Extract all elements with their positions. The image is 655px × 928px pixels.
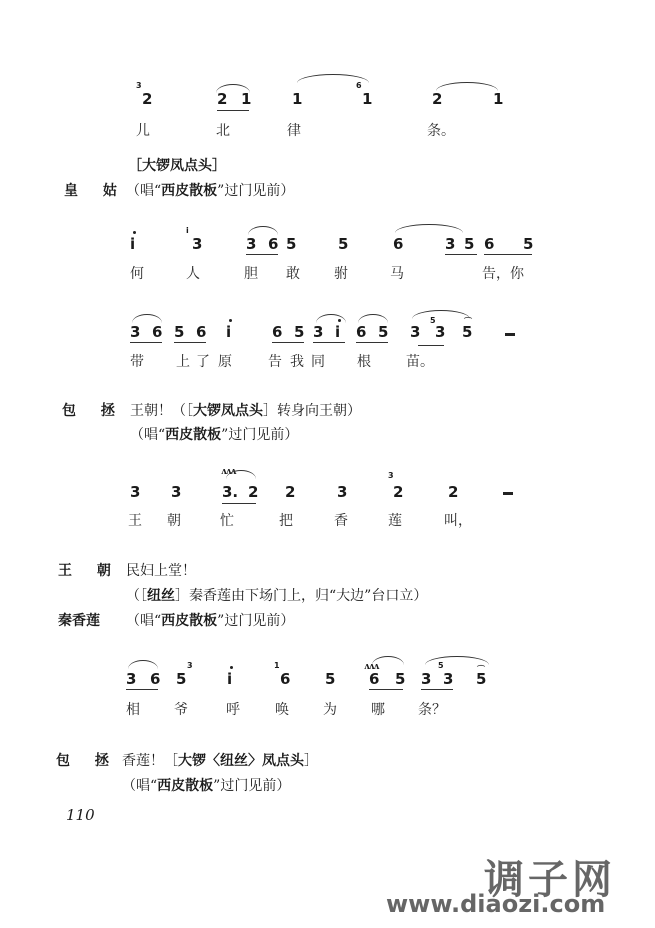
note: 5 — [395, 672, 405, 687]
underline-beam — [421, 689, 453, 690]
lyric: 朝 — [167, 514, 181, 528]
note: 5 — [294, 325, 304, 340]
lyric: 相 — [126, 703, 140, 717]
high-octave-dot — [338, 319, 341, 322]
role-name: 秦香莲 — [58, 610, 100, 630]
lyric: 驸 — [334, 267, 348, 281]
underline-beam — [217, 110, 249, 111]
note: 3 — [246, 237, 256, 252]
note: 6 — [369, 672, 379, 687]
lyric: 莲 — [388, 514, 402, 528]
lyric: 把 — [279, 514, 293, 528]
spoken-line: 王朝！（［大锣凤点头］转身向王朝） — [130, 400, 361, 420]
slur — [395, 224, 463, 233]
grace-note: 3 — [136, 82, 142, 90]
note: 6 — [484, 237, 494, 252]
lyric: 告 — [268, 355, 282, 369]
slur — [316, 314, 346, 323]
lyric: 律 — [287, 124, 301, 138]
grace-note: 6 — [356, 82, 362, 90]
lyric: 条？ — [418, 703, 446, 717]
lyric: 哪 — [371, 703, 385, 717]
note: 3 — [443, 672, 453, 687]
note: 3 — [130, 325, 140, 340]
note: 6 — [150, 672, 160, 687]
grace-note: 5 — [438, 662, 444, 670]
note: i — [335, 325, 340, 340]
underline-beam — [484, 254, 532, 255]
note: 1 — [241, 92, 251, 107]
sustain-dash — [503, 492, 513, 495]
role-name: 包 拯 — [62, 400, 125, 420]
underline-beam — [313, 342, 345, 343]
lyric: 根 — [357, 355, 371, 369]
stage-direction: （唱“西皮散板”过门见前） — [126, 180, 294, 200]
note: 2 — [432, 92, 442, 107]
note: 1 — [362, 92, 372, 107]
note: 5 — [286, 237, 296, 252]
lyric: 香 — [334, 514, 348, 528]
note: 5 — [378, 325, 388, 340]
underline-beam — [126, 689, 158, 690]
lyric: 我 — [290, 355, 304, 369]
note: 3 — [435, 325, 445, 340]
note: 2 — [448, 485, 458, 500]
slur — [248, 226, 278, 235]
grace-note: 3 — [388, 472, 394, 480]
stage-direction: （唱“西皮散板”过门见前） — [122, 775, 290, 795]
note: 6 — [393, 237, 403, 252]
underline-beam — [130, 342, 162, 343]
high-octave-dot — [133, 231, 136, 234]
note: 6 — [272, 325, 282, 340]
note: 3 — [171, 485, 181, 500]
note: 5 — [476, 672, 486, 687]
note: 3 — [421, 672, 431, 687]
note: 3 — [313, 325, 323, 340]
lyric: 胆 — [244, 267, 258, 281]
underline-beam — [418, 345, 444, 346]
grace-note: 1 — [274, 662, 280, 670]
note: 6 — [268, 237, 278, 252]
lyric: 呼 — [226, 703, 240, 717]
slur — [132, 314, 162, 323]
note: 3. — [222, 485, 238, 500]
lyric: 何 — [130, 267, 144, 281]
lyric: 条。 — [427, 124, 455, 138]
role-name: 包 拯 — [56, 750, 119, 770]
high-octave-dot — [229, 319, 232, 322]
slur — [436, 82, 498, 91]
note: i — [227, 672, 232, 687]
lyric: 北 — [216, 124, 230, 138]
stage-direction: （唱“西皮散板”过门见前） — [130, 424, 298, 444]
note: 1 — [493, 92, 503, 107]
role-name: 王 朝 — [58, 560, 121, 580]
stage-direction: （唱“西皮散板”过门见前） — [126, 610, 294, 630]
grace-note: i — [186, 227, 189, 235]
note: 6 — [152, 325, 162, 340]
grace-note: 3 — [187, 662, 193, 670]
lyric: 了 — [196, 355, 210, 369]
note: 2 — [217, 92, 227, 107]
page-number: 110 — [66, 806, 95, 824]
slur — [226, 470, 256, 479]
slur — [372, 656, 404, 665]
slur — [412, 310, 470, 319]
lyric: 带 — [130, 355, 144, 369]
note: 6 — [356, 325, 366, 340]
underline-beam — [222, 503, 256, 504]
note: 1 — [292, 92, 302, 107]
note: 2 — [248, 485, 258, 500]
note: 2 — [393, 485, 403, 500]
lyric: 王 — [128, 514, 142, 528]
lyric: 原 — [218, 355, 232, 369]
note: i — [130, 237, 135, 252]
note: 2 — [142, 92, 152, 107]
lyric: 爷 — [174, 703, 188, 717]
note: 2 — [285, 485, 295, 500]
underline-beam — [356, 342, 388, 343]
note: 5 — [523, 237, 533, 252]
underline-beam — [246, 254, 278, 255]
note: 3 — [410, 325, 420, 340]
lyric: 儿 — [136, 124, 150, 138]
underline-beam — [272, 342, 304, 343]
note: 5 — [338, 237, 348, 252]
lyric: 敢 — [286, 267, 300, 281]
underline-beam — [369, 689, 403, 690]
sustain-dash — [505, 333, 515, 336]
note: 5 — [176, 672, 186, 687]
lyric: 告，你 — [482, 267, 524, 281]
lyric: 上 — [176, 355, 190, 369]
high-octave-dot — [230, 666, 233, 669]
underline-beam — [445, 254, 477, 255]
note: 3 — [192, 237, 202, 252]
lyric: 同 — [311, 355, 325, 369]
percussion-cue: ［大锣凤点头］ — [128, 155, 226, 175]
note: 5 — [462, 325, 472, 340]
note: 6 — [196, 325, 206, 340]
lyric: 人 — [186, 267, 200, 281]
stage-direction: （［纽丝］秦香莲由下场门上，归“大边”台口立） — [126, 585, 427, 605]
lyric: 叫， — [444, 514, 472, 528]
slur — [128, 660, 158, 669]
note: 3 — [126, 672, 136, 687]
role-name: 皇 姑 — [64, 180, 127, 200]
spoken-line: 香莲！［大锣〈纽丝〉凤点头］ — [122, 750, 318, 770]
underline-beam — [174, 342, 206, 343]
note: i — [226, 325, 231, 340]
lyric: 苗。 — [406, 355, 434, 369]
watermark-url: www.diaozi.com — [386, 890, 605, 918]
note: 6 — [280, 672, 290, 687]
lyric: 唤 — [275, 703, 289, 717]
note: 5 — [174, 325, 184, 340]
note: 3 — [337, 485, 347, 500]
lyric: 忙 — [220, 514, 234, 528]
note: 5 — [325, 672, 335, 687]
slur — [358, 314, 388, 323]
note: 3 — [445, 237, 455, 252]
lyric: 为 — [323, 703, 337, 717]
note: 3 — [130, 485, 140, 500]
lyric: 马 — [390, 267, 404, 281]
spoken-line: 民妇上堂！ — [126, 560, 196, 580]
note: 5 — [464, 237, 474, 252]
